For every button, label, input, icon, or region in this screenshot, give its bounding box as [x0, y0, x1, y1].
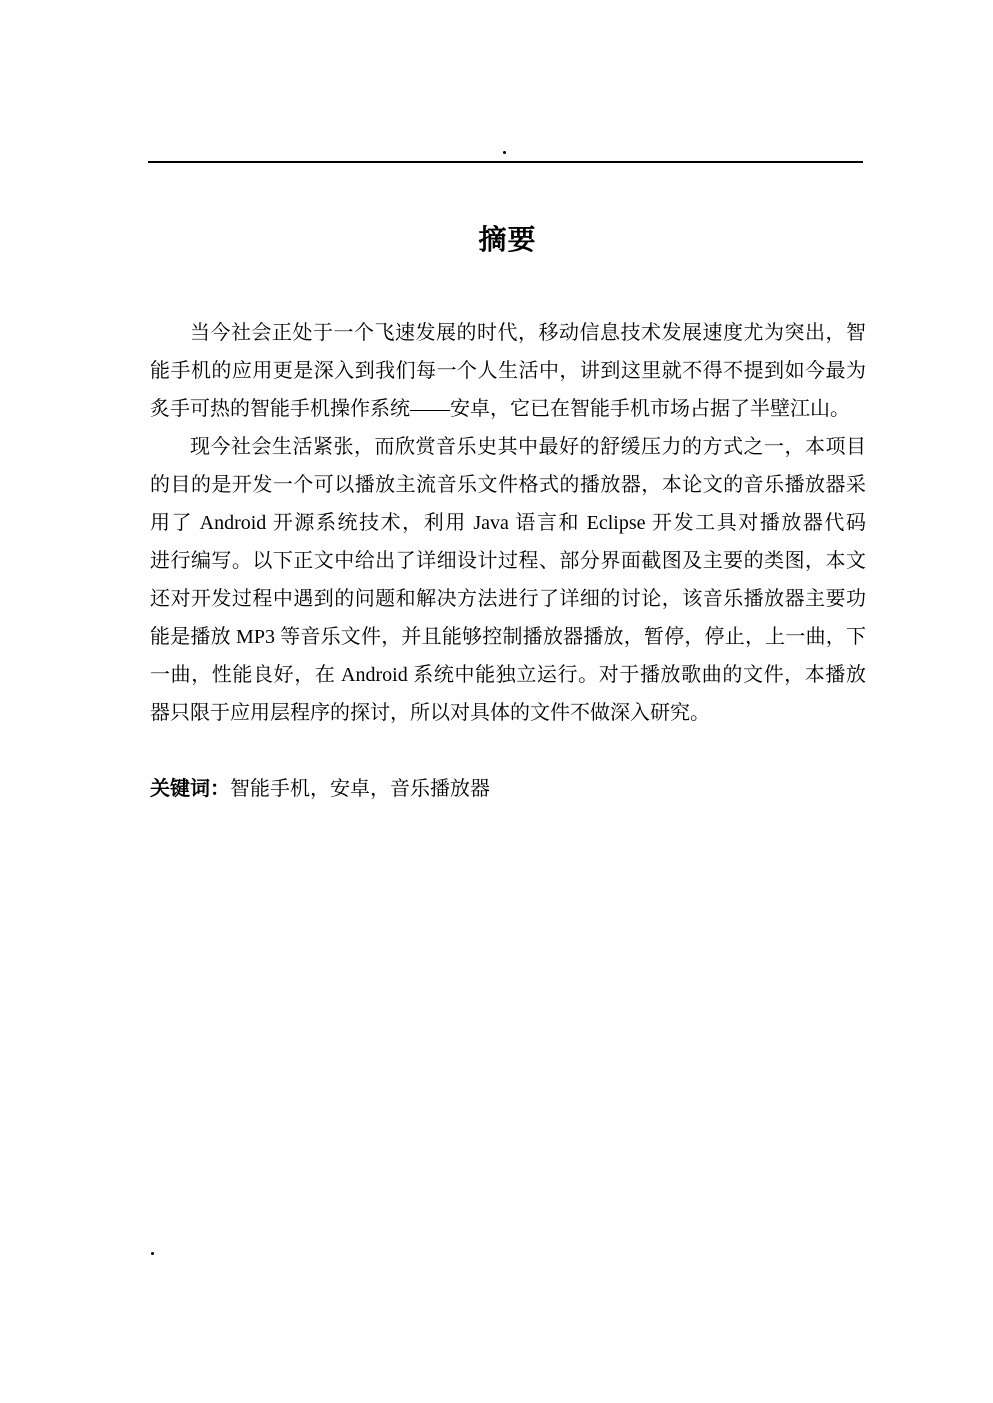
keywords-label: 关键词： [150, 778, 230, 800]
header-rule [148, 161, 863, 163]
abstract-line: 器只限于应用层程序的探讨，所以对具体的文件不做深入研究。 [150, 694, 866, 732]
abstract-line: 一曲，性能良好，在 Android 系统中能独立运行。对于播放歌曲的文件，本播放 [150, 656, 866, 694]
abstract-line: 能是播放 MP3 等音乐文件，并且能够控制播放器播放，暂停，停止，上一曲，下 [150, 618, 866, 656]
abstract-line: 的目的是开发一个可以播放主流音乐文件格式的播放器，本论文的音乐播放器采 [150, 466, 866, 504]
keywords-line: 关键词：智能手机，安卓，音乐播放器 [150, 770, 866, 808]
page-title: 摘要 [150, 222, 865, 260]
stray-dot-top [503, 151, 506, 154]
abstract-page: 摘要 当今社会正处于一个飞速发展的时代，移动信息技术发展速度尤为突出，智能手机的… [0, 0, 993, 1403]
abstract-line: 炙手可热的智能手机操作系统——安卓，它已在智能手机市场占据了半壁江山。 [150, 390, 866, 428]
abstract-line: 现今社会生活紧张，而欣赏音乐史其中最好的舒缓压力的方式之一，本项目 [150, 428, 866, 466]
abstract-line: 还对开发过程中遇到的问题和解决方法进行了详细的讨论，该音乐播放器主要功 [150, 580, 866, 618]
keywords-text: 智能手机，安卓，音乐播放器 [230, 778, 490, 800]
abstract-line: 进行编写。以下正文中给出了详细设计过程、部分界面截图及主要的类图，本文 [150, 542, 866, 580]
abstract-line: 用了 Android 开源系统技术，利用 Java 语言和 Eclipse 开发… [150, 504, 866, 542]
stray-dot-bottom [151, 1252, 154, 1255]
abstract-line: 能手机的应用更是深入到我们每一个人生活中，讲到这里就不得不提到如今最为 [150, 352, 866, 390]
abstract-body: 当今社会正处于一个飞速发展的时代，移动信息技术发展速度尤为突出，智能手机的应用更… [150, 314, 866, 732]
abstract-line: 当今社会正处于一个飞速发展的时代，移动信息技术发展速度尤为突出，智 [150, 314, 866, 352]
